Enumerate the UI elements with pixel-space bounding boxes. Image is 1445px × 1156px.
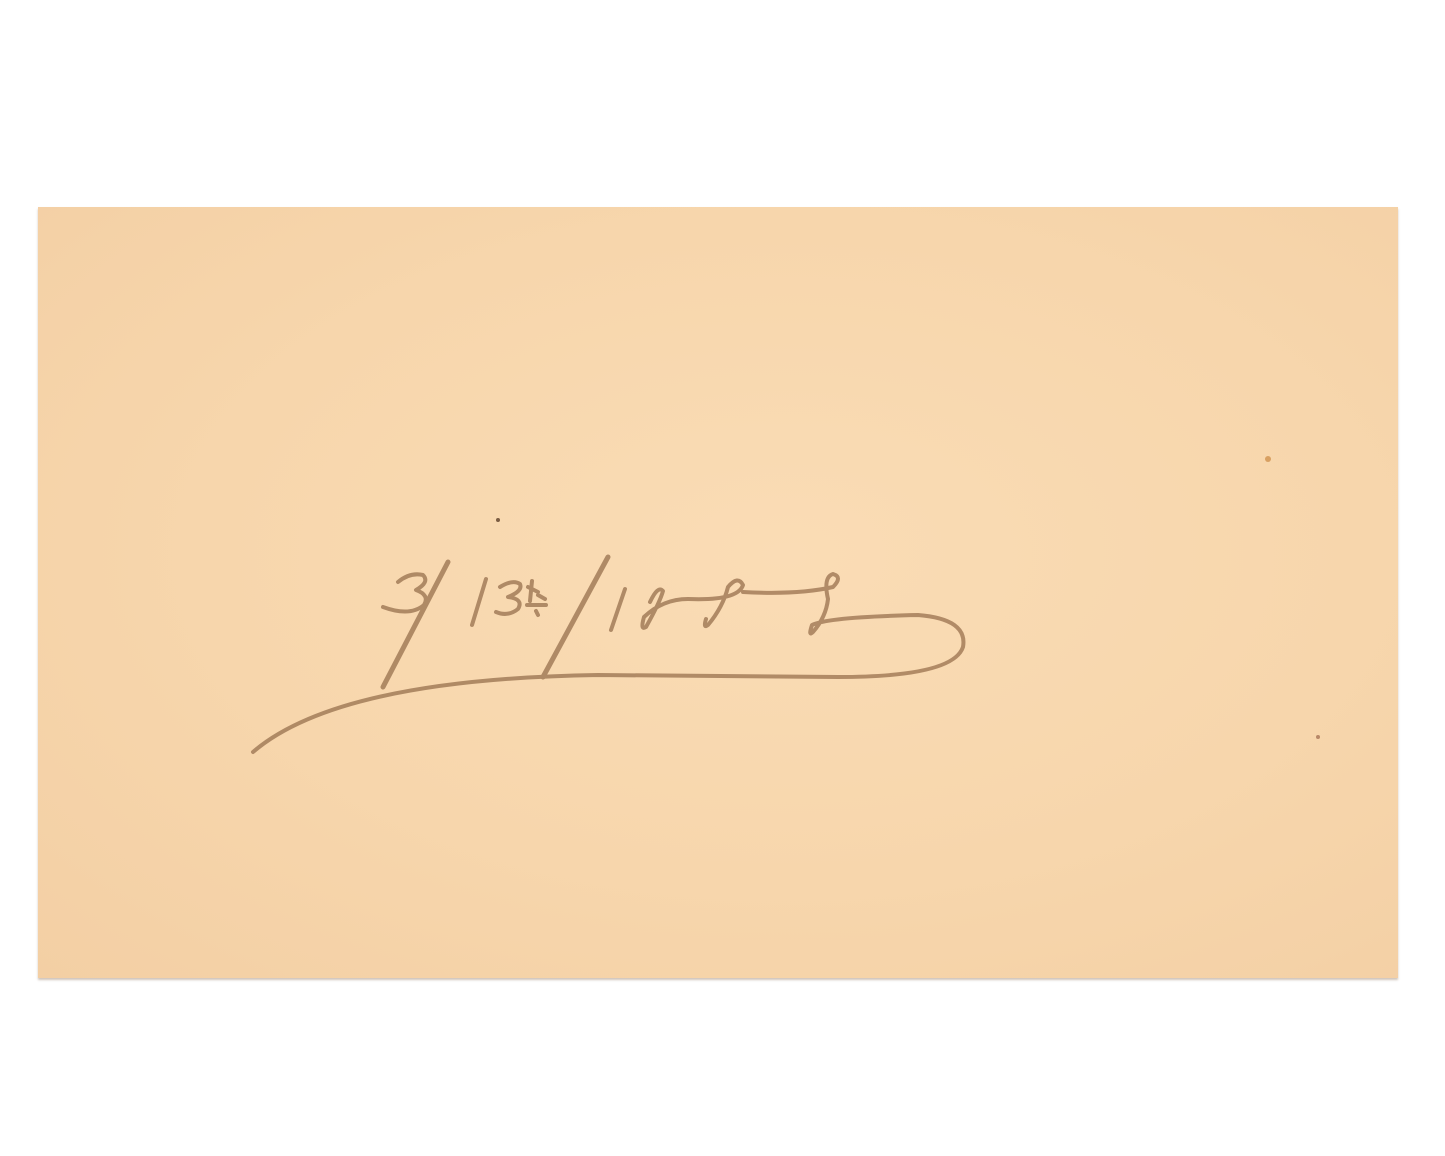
antique-card: 3/13th/1888 [38,207,1398,978]
handwritten-date [38,207,1398,978]
